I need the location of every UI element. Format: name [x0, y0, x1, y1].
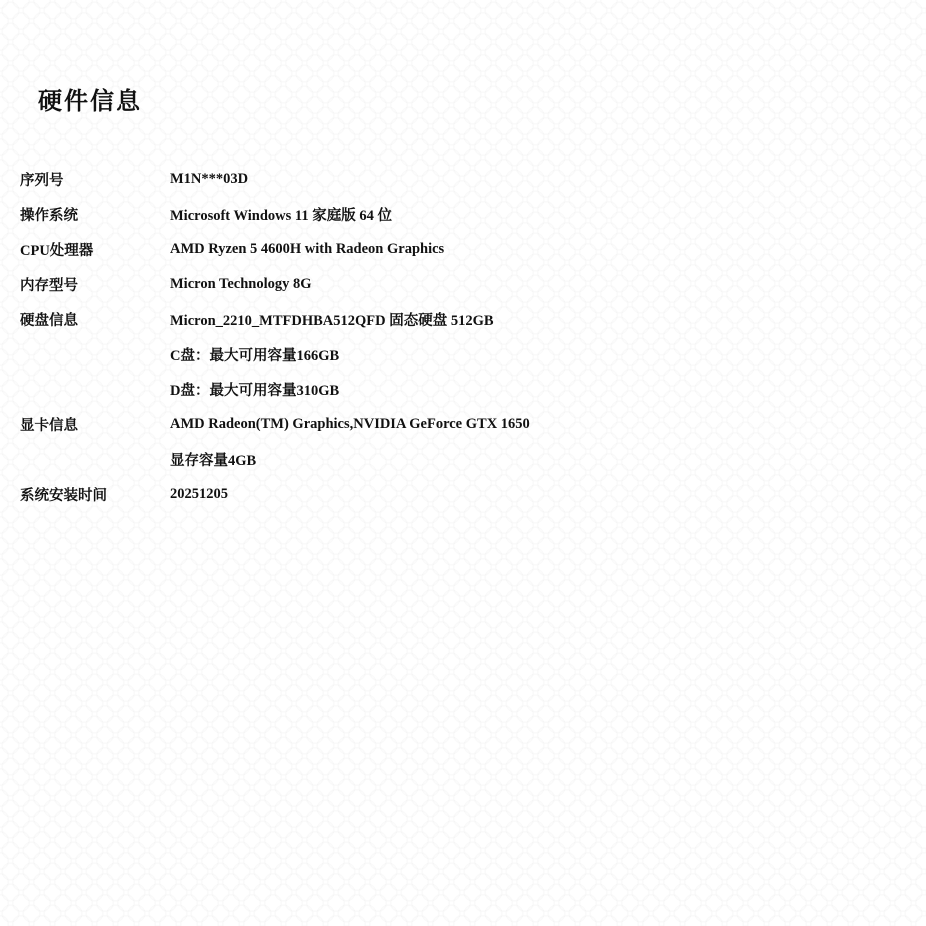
info-row-value: AMD Radeon(TM) Graphics,NVIDIA GeForce G…	[170, 416, 530, 433]
info-row-value: Microsoft Windows 11 家庭版 64 位	[170, 204, 392, 225]
info-row-value: AMD Ryzen 5 4600H with Radeon Graphics	[170, 241, 444, 258]
info-row-label: 内存型号	[20, 274, 170, 295]
info-row-label: 硬盘信息	[20, 309, 170, 330]
info-row: CPU处理器AMD Ryzen 5 4600H with Radeon Grap…	[20, 232, 530, 267]
info-row-label: 序列号	[20, 169, 170, 190]
info-row-value: 显存容量4GB	[170, 449, 256, 470]
info-row-value: M1N***03D	[170, 171, 248, 188]
hardware-info-page: { "page": { "title": "硬件信息" }, "hardware…	[0, 0, 926, 926]
info-row: 内存型号Micron Technology 8G	[20, 267, 530, 302]
info-row-value: Micron_2210_MTFDHBA512QFD 固态硬盘 512GB	[170, 309, 494, 330]
info-row: C盘：最大可用容量166GB	[20, 337, 530, 372]
info-row-label: 系统安装时间	[20, 484, 170, 505]
info-row: D盘：最大可用容量310GB	[20, 372, 530, 407]
info-row: 操作系统Microsoft Windows 11 家庭版 64 位	[20, 197, 530, 232]
info-row-value: C盘：最大可用容量166GB	[170, 344, 339, 365]
info-row: 硬盘信息Micron_2210_MTFDHBA512QFD 固态硬盘 512GB	[20, 302, 530, 337]
info-row-value: D盘：最大可用容量310GB	[170, 379, 339, 400]
info-row: 显存容量4GB	[20, 442, 530, 477]
info-row: 序列号M1N***03D	[20, 162, 530, 197]
info-row-label: 操作系统	[20, 204, 170, 225]
info-row-label: 显卡信息	[20, 414, 170, 435]
info-row: 显卡信息AMD Radeon(TM) Graphics,NVIDIA GeFor…	[20, 407, 530, 442]
info-row: 系统安装时间20251205	[20, 477, 530, 512]
page-title: 硬件信息	[38, 81, 142, 116]
info-row-value: 20251205	[170, 486, 228, 503]
info-row-label: CPU处理器	[20, 239, 170, 260]
hardware-info-list: 序列号M1N***03D操作系统Microsoft Windows 11 家庭版…	[20, 162, 530, 512]
info-row-value: Micron Technology 8G	[170, 276, 312, 293]
